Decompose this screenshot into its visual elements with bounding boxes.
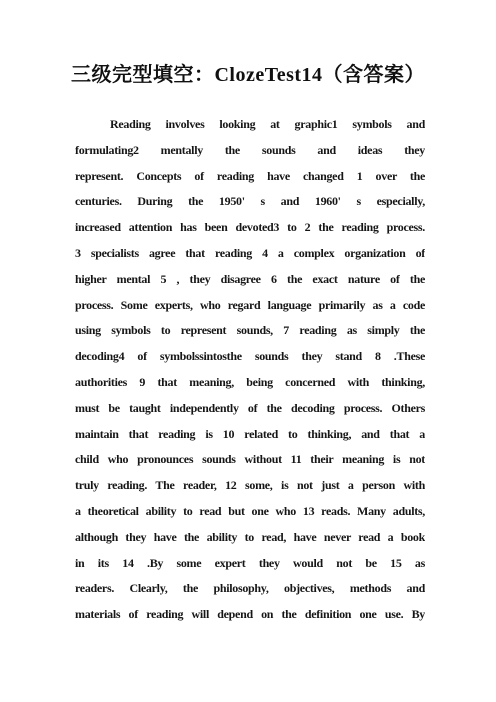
text-line: readers. Clearly, the philosophy, object… bbox=[75, 576, 425, 602]
body-text: Reading involves looking at graphic1 sym… bbox=[75, 112, 425, 628]
text-line: a theoretical ability to read but one wh… bbox=[75, 499, 425, 525]
text-line: maintain that reading is 10 related to t… bbox=[75, 422, 425, 448]
text-line: 3 specialists agree that reading 4 a com… bbox=[75, 241, 425, 267]
text-line: truly reading. The reader, 12 some, is n… bbox=[75, 473, 425, 499]
text-line: formulating2 mentally the sounds and ide… bbox=[75, 138, 425, 164]
text-line: in its 14 .By some expert they would not… bbox=[75, 551, 425, 577]
text-line: decoding4 of symbolssintosthe sounds the… bbox=[75, 344, 425, 370]
text-line: using symbols to represent sounds, 7 rea… bbox=[75, 318, 425, 344]
text-line: increased attention has been devoted3 to… bbox=[75, 215, 425, 241]
text-line: materials of reading will depend on the … bbox=[75, 602, 425, 628]
text-line: Reading involves looking at graphic1 sym… bbox=[75, 112, 425, 138]
text-line: although they have the ability to read, … bbox=[75, 525, 425, 551]
text-line: child who pronounces sounds without 11 t… bbox=[75, 447, 425, 473]
text-line: represent. Concepts of reading have chan… bbox=[75, 164, 425, 190]
text-line: process. Some experts, who regard langua… bbox=[75, 293, 425, 319]
document-page: 三级完型填空：ClozeTest14（含答案） Reading involves… bbox=[0, 0, 496, 702]
page-title: 三级完型填空：ClozeTest14（含答案） bbox=[0, 58, 496, 87]
text-line: centuries. During the 1950' s and 1960' … bbox=[75, 189, 425, 215]
text-line: must be taught independently of the deco… bbox=[75, 396, 425, 422]
text-line: authorities 9 that meaning, being concer… bbox=[75, 370, 425, 396]
text-line: higher mental 5 , they disagree 6 the ex… bbox=[75, 267, 425, 293]
